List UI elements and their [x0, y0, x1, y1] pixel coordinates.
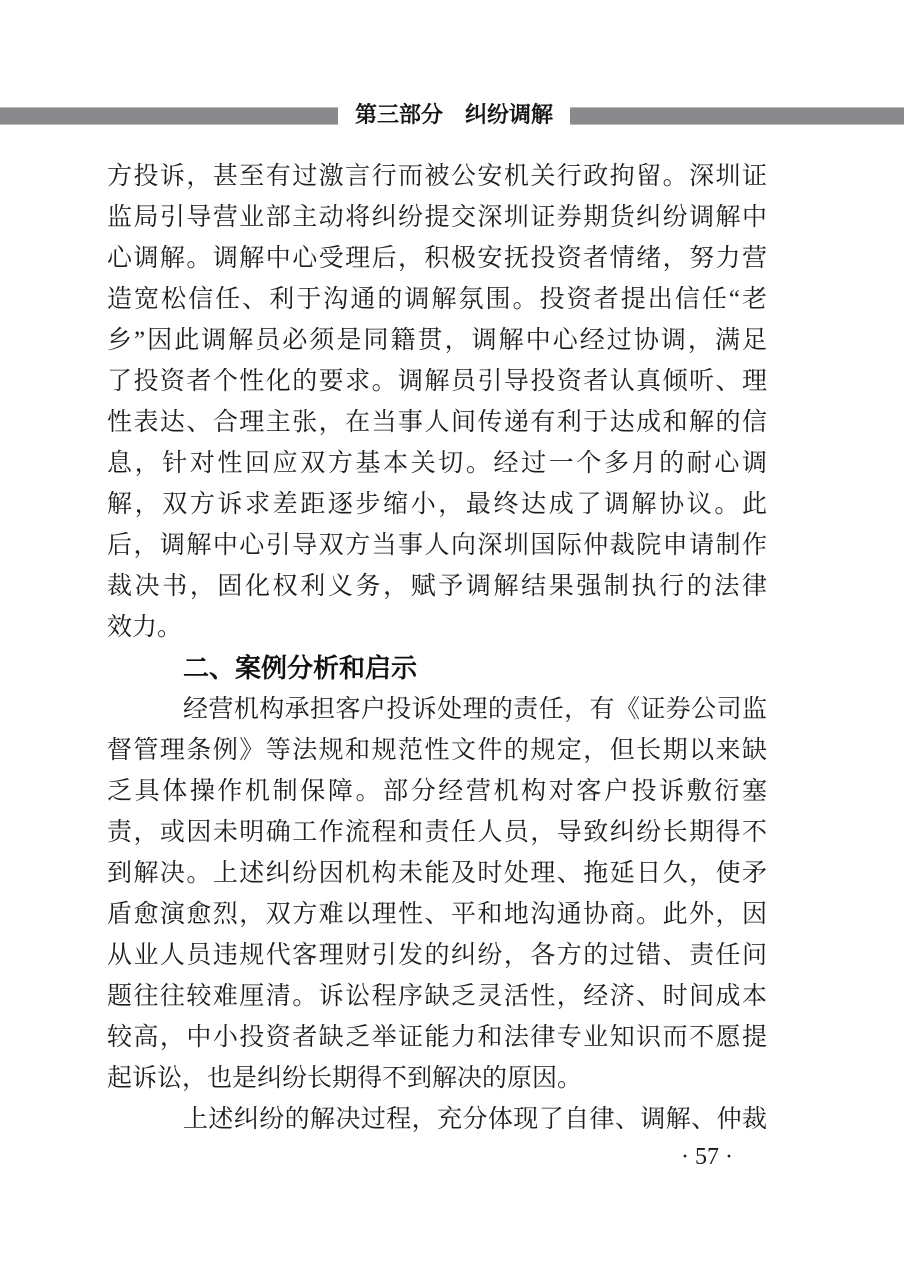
section-heading: 二、案例分析和启示: [107, 648, 767, 689]
text-line: 解，双方诉求差距逐步缩小，最终达成了调解协议。此: [107, 484, 767, 525]
text-line: 裁决书，固化权利义务，赋予调解结果强制执行的法律: [107, 566, 767, 607]
text-line: 经营机构承担客户投诉处理的责任，有《证券公司监: [107, 689, 767, 730]
text-line: 盾愈演愈烈，双方难以理性、平和地沟通协商。此外，因: [107, 894, 767, 935]
text-line: 乏具体操作机制保障。部分经营机构对客户投诉敷衍塞: [107, 771, 767, 812]
text-line: 方投诉，甚至有过激言行而被公安机关行政拘留。深圳证: [107, 156, 767, 197]
text-line: 从业人员违规代客理财引发的纠纷，各方的过错、责任问: [107, 935, 767, 976]
text-line: 起诉讼，也是纠纷长期得不到解决的原因。: [107, 1058, 767, 1099]
section-title: 第三部分 纠纷调解: [338, 100, 570, 130]
header-rule-left: [0, 107, 338, 125]
text-line: 效力。: [107, 607, 767, 648]
text-line: 息，针对性回应双方基本关切。经过一个多月的耐心调: [107, 443, 767, 484]
text-line: 题往往较难厘清。诉讼程序缺乏灵活性，经济、时间成本: [107, 976, 767, 1017]
text-line: 较高，中小投资者缺乏举证能力和法律专业知识而不愿提: [107, 1017, 767, 1058]
text-line: 心调解。调解中心受理后，积极安抚投资者情绪，努力营: [107, 238, 767, 279]
body-text: 方投诉，甚至有过激言行而被公安机关行政拘留。深圳证监局引导营业部主动将纠纷提交深…: [107, 156, 767, 1140]
text-line: 督管理条例》等法规和规范性文件的规定，但长期以来缺: [107, 730, 767, 771]
text-line: 到解决。上述纠纷因机构未能及时处理、拖延日久，使矛: [107, 853, 767, 894]
text-line: 监局引导营业部主动将纠纷提交深圳证券期货纠纷调解中: [107, 197, 767, 238]
text-line: 性表达、合理主张，在当事人间传递有利于达成和解的信: [107, 402, 767, 443]
text-line: 造宽松信任、利于沟通的调解氛围。投资者提出信任“老: [107, 279, 767, 320]
document-page: 第三部分 纠纷调解 方投诉，甚至有过激言行而被公安机关行政拘留。深圳证监局引导营…: [0, 0, 904, 1276]
text-line: 了投资者个性化的要求。调解员引导投资者认真倾听、理: [107, 361, 767, 402]
page-number: · 57 ·: [632, 1140, 782, 1174]
header-rule-right: [570, 107, 904, 125]
text-line: 责，或因未明确工作流程和责任人员，导致纠纷长期得不: [107, 812, 767, 853]
text-line: 乡”因此调解员必须是同籍贯，调解中心经过协调，满足: [107, 320, 767, 361]
text-line: 后，调解中心引导双方当事人向深圳国际仲裁院申请制作: [107, 525, 767, 566]
text-line: 上述纠纷的解决过程，充分体现了自律、调解、仲裁: [107, 1099, 767, 1140]
